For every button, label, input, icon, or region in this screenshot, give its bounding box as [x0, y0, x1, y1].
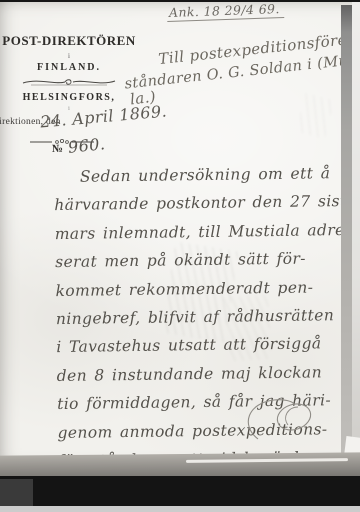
body-line: Sedan undersökning om ett å	[54, 164, 350, 197]
body-line: ningebref, blifvit af rådhusrätten	[56, 306, 352, 339]
body-line: i Tavastehus utsatt att försiggå	[56, 334, 352, 367]
letterhead-preposition: i	[0, 52, 138, 60]
recipient-line: la.)	[129, 87, 157, 108]
page-right-edge-shadow	[341, 5, 352, 457]
flourish-mark-icon	[242, 395, 330, 445]
photo-bottom-strip	[0, 506, 360, 512]
numero-sign: №	[52, 143, 63, 155]
body-line: serat men på okändt sätt för-	[55, 249, 351, 282]
letterhead-city: HELSINGFORS,	[0, 92, 138, 103]
photographed-letter: Ank. 18 29/4 69. POST-DIREKTÖREN i FINLA…	[0, 0, 360, 512]
body-line: den 8 instundande maj klockan	[57, 363, 353, 396]
document-number-handwritten: 960.	[67, 134, 106, 157]
letterhead: POST-DIREKTÖREN i FINLAND. HELSINGFORS, …	[0, 33, 138, 112]
adjacent-page-edge	[352, 2, 360, 458]
letterhead-country: FINLAND.	[0, 62, 138, 73]
flourish-divider-icon	[21, 76, 117, 88]
body-line: kommet rekommenderadt pen-	[55, 278, 351, 311]
letterhead-title: POST-DIREKTÖREN	[0, 33, 138, 49]
body-line: härvarande postkontor den 27 sistlidne	[54, 192, 350, 225]
body-line: mars inlemnadt, till Mustiala adres-	[55, 221, 351, 254]
